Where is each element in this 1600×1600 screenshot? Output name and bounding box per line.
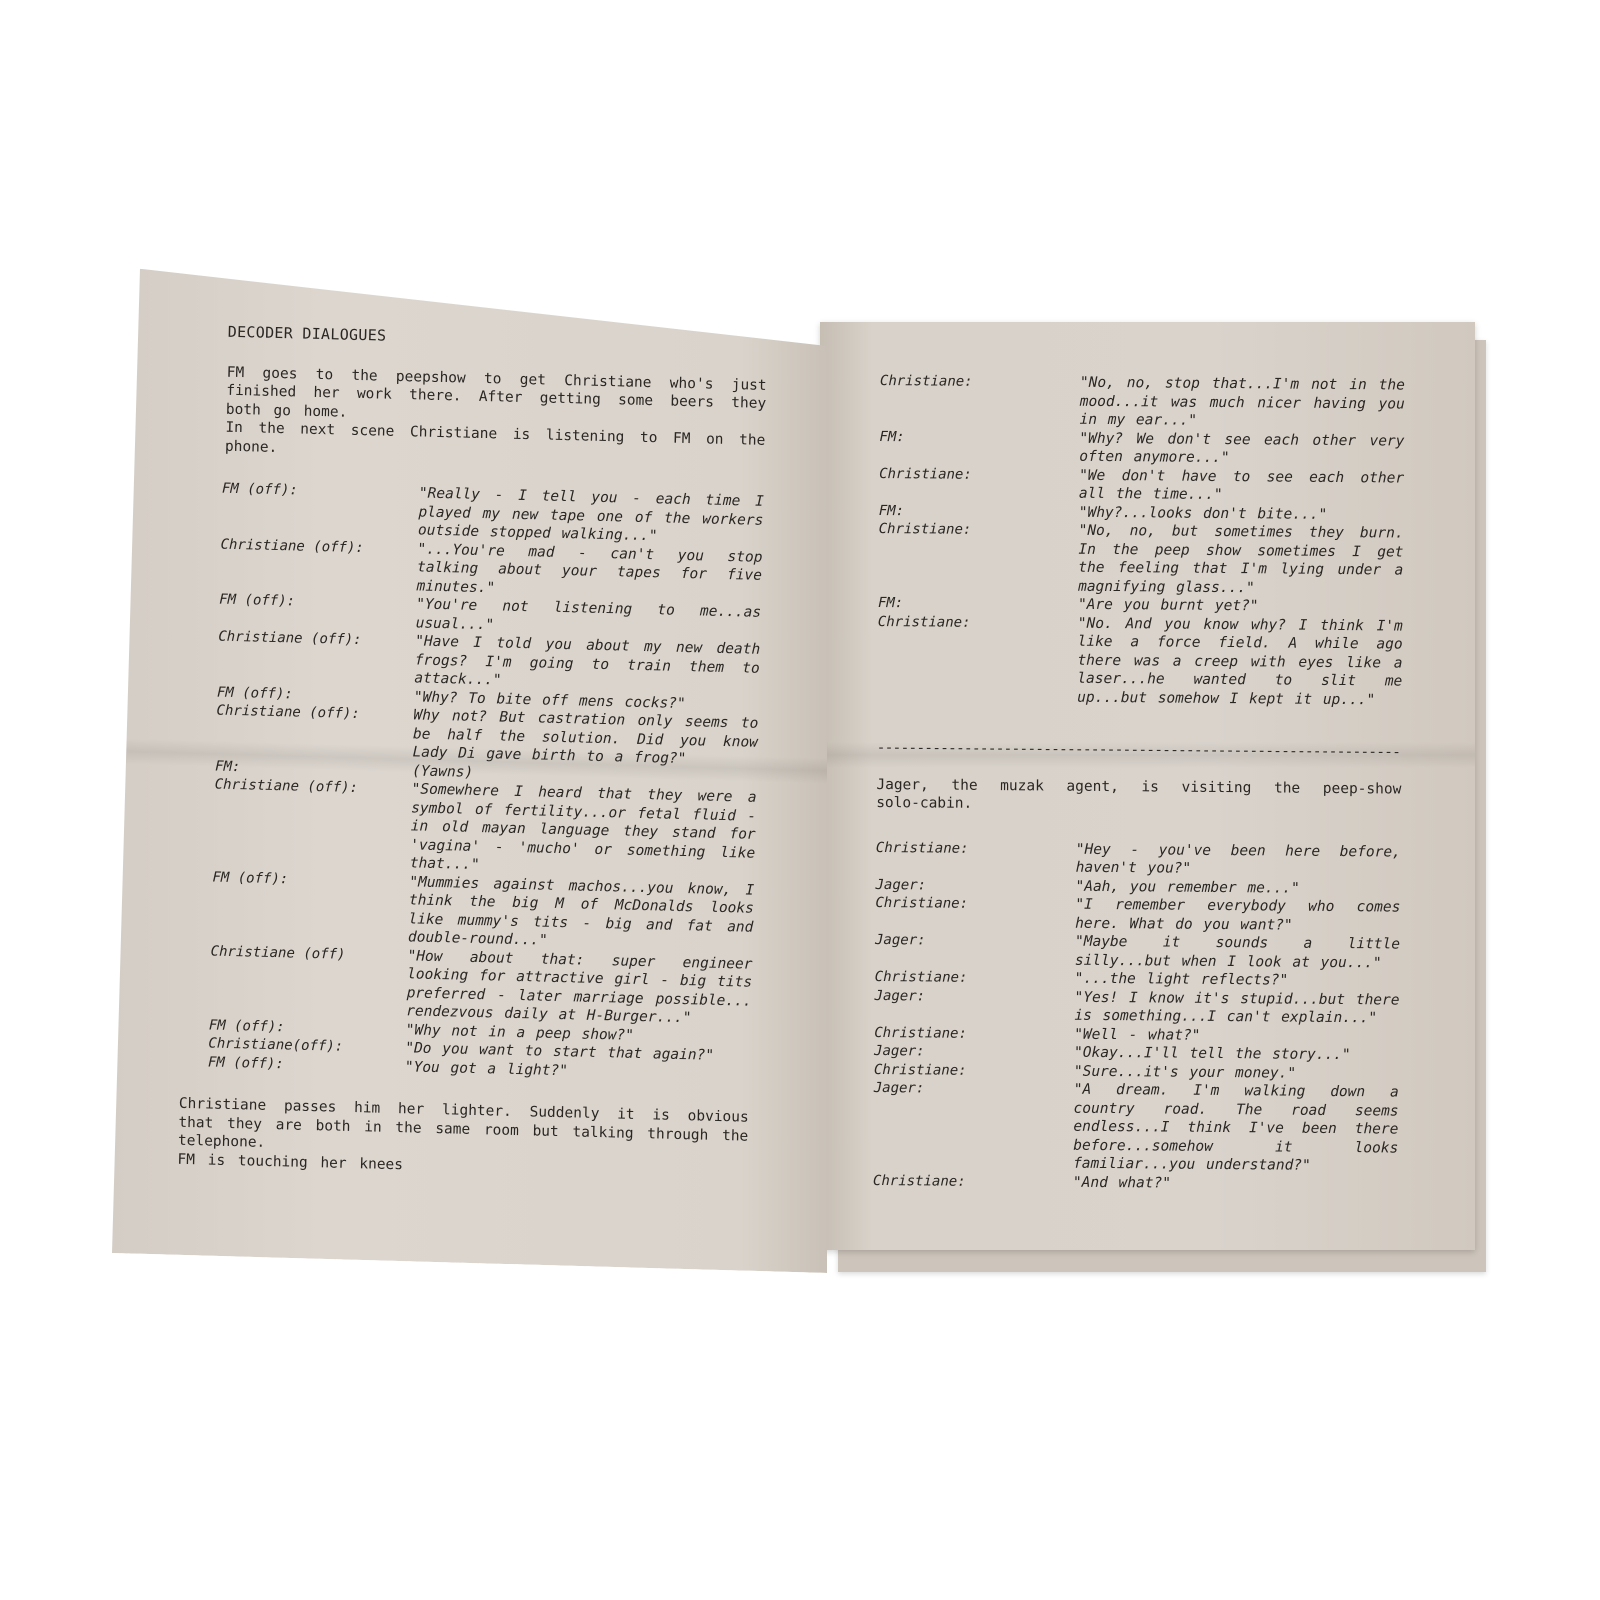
speaker-name: Christiane (off): (185, 775, 412, 873)
speaker-name: FM (off): (193, 479, 419, 540)
speaker-name: Jager: (874, 1042, 1074, 1062)
dialogue-list: Christiane:"No, no, stop that...I'm not … (877, 372, 1405, 710)
speaker-name: Christiane: (873, 1171, 1073, 1191)
intro-paragraph: FM goes to the peepshow to get Christian… (225, 363, 767, 469)
speaker-name: Jager: (873, 1079, 1074, 1173)
speaker-name: Christiane: (877, 612, 1078, 706)
dialogue-line: "...You're mad - can't you stop talking … (416, 540, 762, 604)
dialogue-line: "Maybe it sounds a little silly...but wh… (1075, 933, 1400, 973)
speaker-name: Christiane (off) (181, 941, 408, 1020)
dialogue-line: "How about that: super engineer looking … (406, 947, 753, 1029)
speaker-name: FM (off): (191, 590, 417, 632)
dialogue-line: "And what?" (1073, 1173, 1398, 1194)
dialogue-line: "No, no, but sometimes they burn. In the… (1078, 522, 1404, 599)
dialogue-list: Christiane:"Hey - you've been here befor… (873, 838, 1401, 1194)
speaker-name: Christiane: (876, 838, 1076, 877)
speaker-name: Jager: (874, 986, 1074, 1025)
dialogue-line: "I remember everybody who comes here. Wh… (1075, 896, 1400, 936)
dialogue-line: "Hey - you've been here before, haven't … (1076, 840, 1401, 880)
speaker-name: FM: (878, 594, 1078, 614)
dialogue-line: "Mummies against machos...you know, I th… (408, 873, 755, 955)
dialogue-line: "Yes! I know it's stupid...but there is … (1074, 988, 1399, 1028)
speaker-name: Christiane: (880, 372, 1080, 429)
dialogue-line: "Why? We don't see each other very often… (1079, 429, 1404, 469)
dialogue-line: "We don't have to see each other all the… (1079, 466, 1404, 506)
speaker-name: FM (off): (183, 867, 410, 946)
dialogue-line: "Somewhere I heard that they were a symb… (410, 780, 757, 881)
dialogue-line: "A dream. I'm walking down a country roa… (1073, 1081, 1399, 1176)
speaker-name: Christiane: (874, 1060, 1074, 1080)
speaker-name: Christiane (off): (187, 701, 413, 762)
dialogue-list: FM (off):"Really - I tell you - each tim… (180, 479, 764, 1085)
speaker-name: Christiane: (875, 894, 1075, 933)
booklet-spread: DECODER DIALOGUES FM goes to the peepsho… (0, 0, 1600, 1600)
dialogue-line: "No. And you know why? I think I'm like … (1077, 614, 1403, 709)
speaker-name: Christiane: (875, 968, 1075, 988)
speaker-name: Jager: (875, 875, 1075, 895)
speaker-name: Christiane: (878, 520, 1079, 596)
outro-paragraph: Christiane passes him her lighter. Sudde… (177, 1095, 749, 1183)
speaker-name: Christiane (off): (189, 627, 415, 688)
dialogue-line: "No, no, stop that...I'm not in the mood… (1080, 374, 1405, 432)
speaker-name: FM: (879, 501, 1079, 521)
dialogue-line: "Have I told you about my new death frog… (414, 632, 760, 696)
section-divider: ----------------------------------------… (877, 739, 1402, 762)
speaker-name: Christiane: (879, 464, 1079, 503)
dialogue-line: Why not? But castration only seems to be… (412, 706, 758, 770)
left-page-content: DECODER DIALOGUES FM goes to the peepsho… (177, 322, 768, 1207)
speaker-name: FM: (879, 427, 1079, 466)
dialogue-line: "Really - I tell you - each time I playe… (418, 484, 764, 548)
speaker-name: Christiane (off): (191, 534, 417, 595)
right-page-content: Christiane:"No, no, stop that...I'm not … (873, 372, 1405, 1195)
speaker-name: Jager: (875, 931, 1075, 970)
speaker-name: Christiane: (874, 1023, 1074, 1043)
scene-intro: Jager, the muzak agent, is visiting the … (876, 775, 1401, 817)
